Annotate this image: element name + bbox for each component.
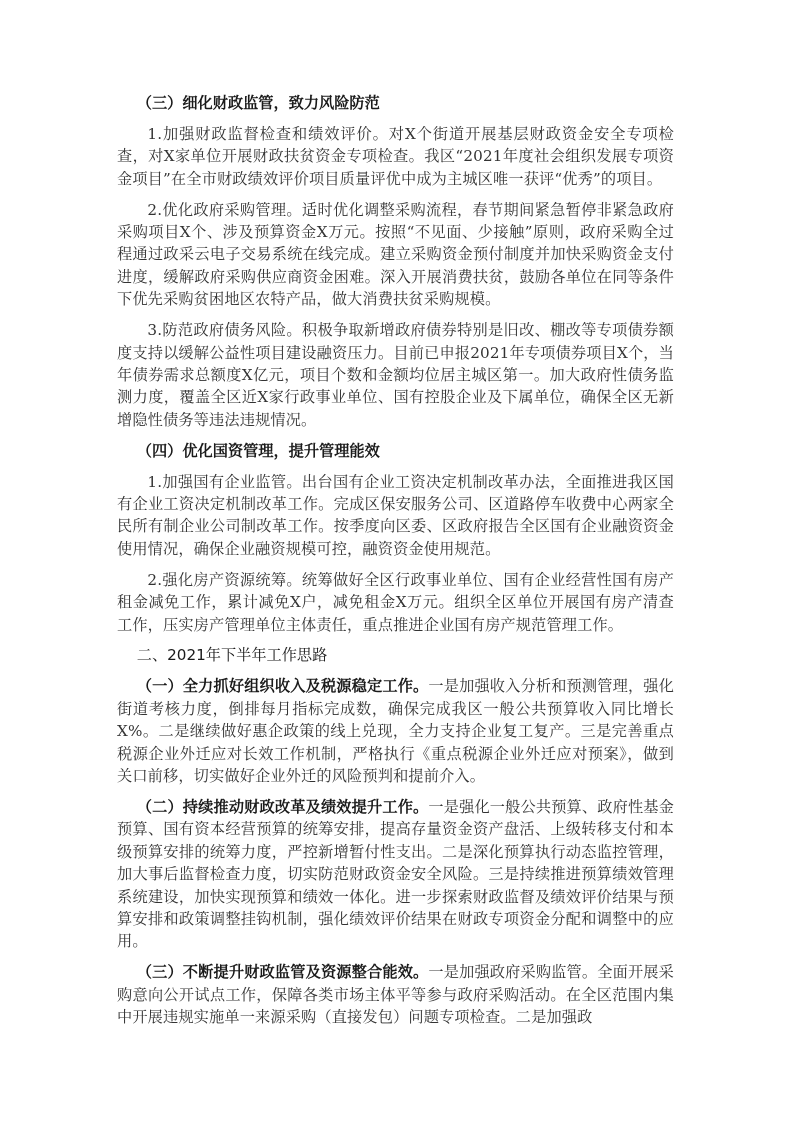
paragraph-procurement-management: 2.优化政府采购管理。适时优化调整采购流程，春节期间紧急暂停非紧急政府采购项目X… [117, 199, 674, 311]
paragraph-property-resources: 2.强化房产资源统筹。统筹做好全区行政事业单位、国有企业经营性国有房产租金减免工… [117, 569, 674, 636]
paragraph-lead-title: （二）持续推动财政改革及绩效提升工作。 [137, 798, 429, 816]
paragraph-supervision-integration: （三）不断提升财政监管及资源整合能效。一是加强政府采购监管。全面开展采购意向公开… [117, 961, 674, 1028]
section-heading-fiscal-supervision: （三）细化财政监管，致力风险防范 [117, 92, 674, 114]
paragraph-lead-title: （一）全力抓好组织收入及税源稳定工作。 [137, 677, 429, 695]
paragraph-lead-title: （三）不断提升财政监管及资源整合能效。 [137, 963, 429, 981]
paragraph-body: 一是强化一般公共预算、政府性基金预算、国有资本经营预算的统筹安排，提高存量资金资… [117, 798, 674, 950]
chapter-heading-second-half-plan: 二、2021年下半年工作思路 [117, 644, 674, 666]
section-heading-state-assets: （四）优化国资管理，提升管理能效 [117, 440, 674, 462]
paragraph-debt-risk: 3.防范政府债务风险。积极争取新增政府债券特别是旧改、棚改等专项债券额度支持以缓… [117, 319, 674, 431]
paragraph-soe-supervision: 1.加强国有企业监管。出台国有企业工资决定机制改革办法，全面推进我区国有企业工资… [117, 471, 674, 561]
paragraph-fiscal-reform: （二）持续推动财政改革及绩效提升工作。一是强化一般公共预算、政府性基金预算、国有… [117, 796, 674, 953]
document-page: （三）细化财政监管，致力风险防范 1.加强财政监督检查和绩效评价。对X个街道开展… [117, 92, 674, 1037]
paragraph-supervision-inspection: 1.加强财政监督检查和绩效评价。对X个街道开展基层财政资金安全专项检查，对X家单… [117, 123, 674, 190]
paragraph-revenue-tax-stability: （一）全力抓好组织收入及税源稳定工作。一是加强收入分析和预测管理，强化街道考核力… [117, 675, 674, 787]
